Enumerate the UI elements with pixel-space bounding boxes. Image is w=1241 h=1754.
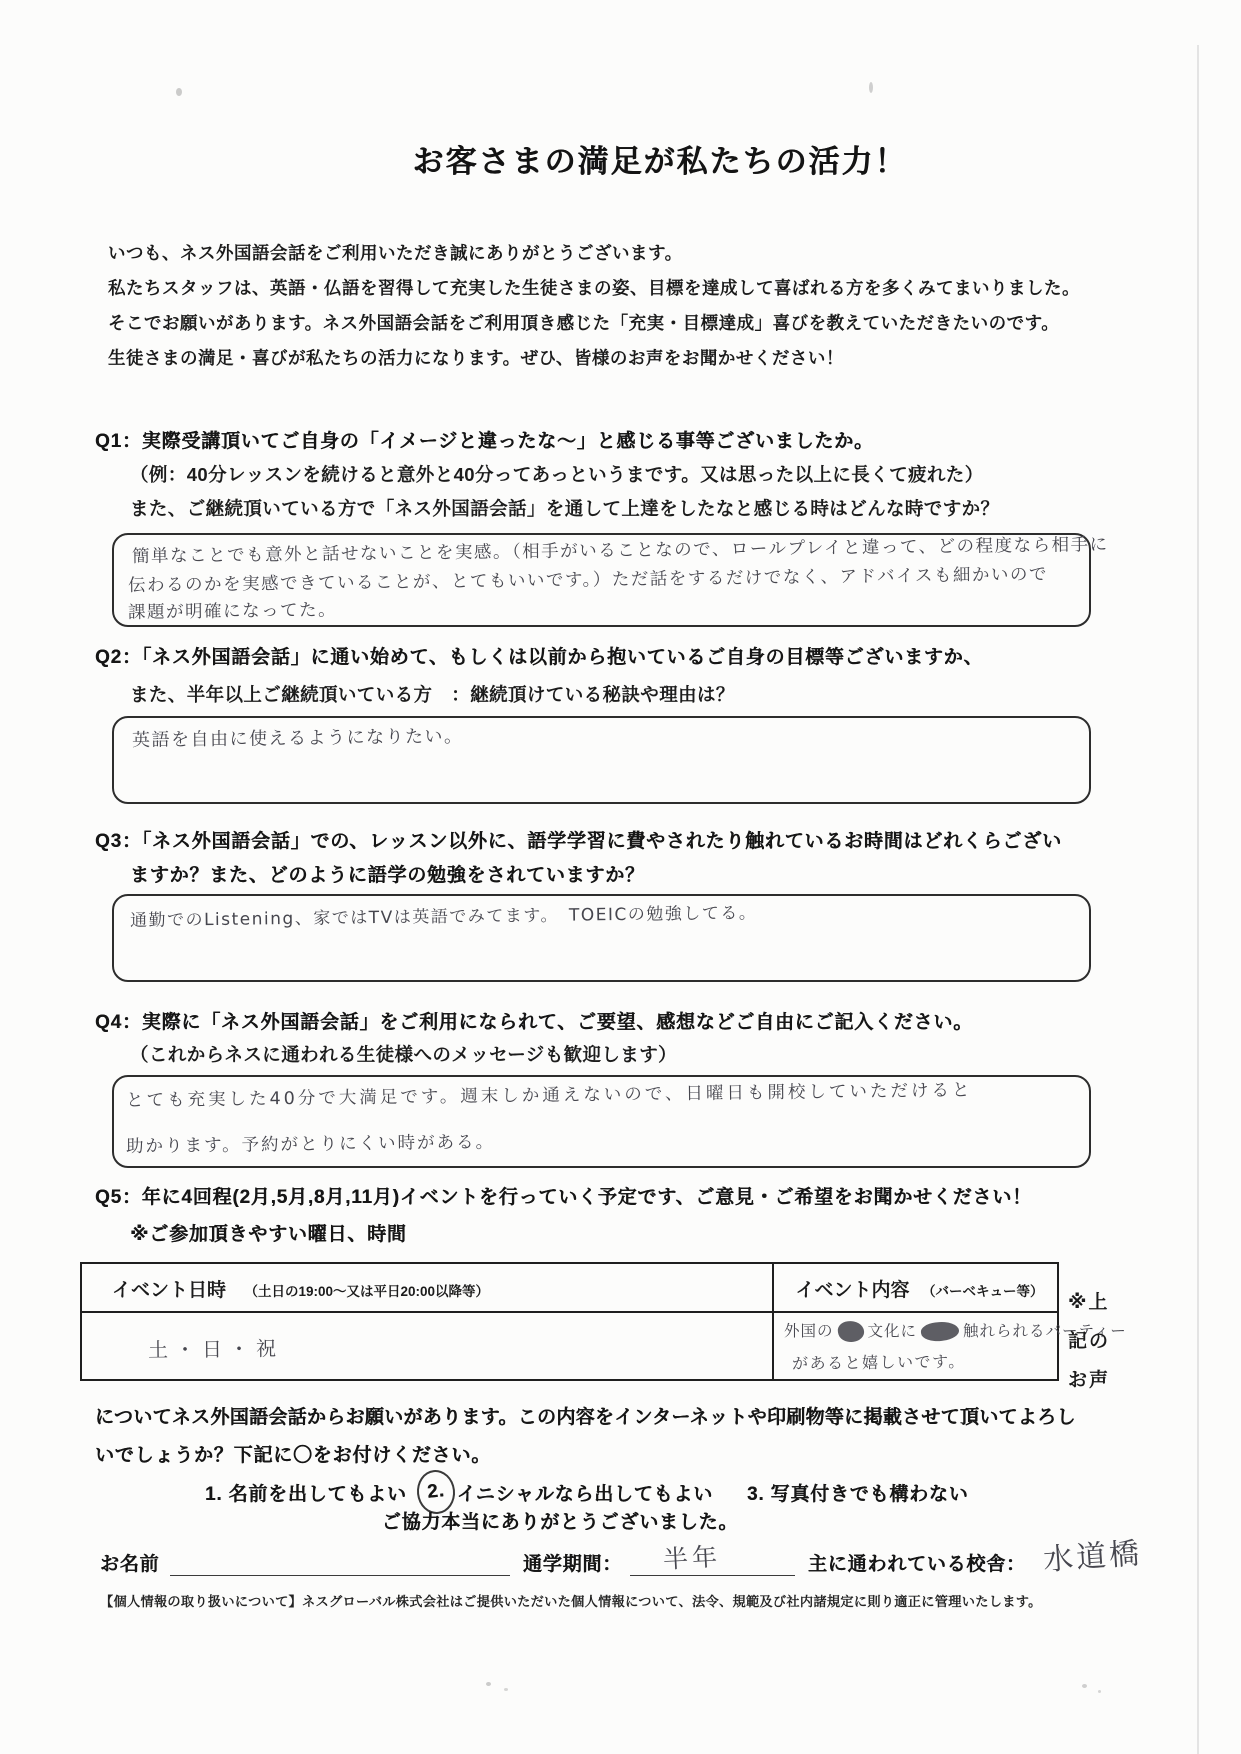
q1-example: （例：40分レッスンを続けると意外と40分ってあっというまです。又は思った以上に… [130, 461, 984, 487]
permission-option-1: 1. 名前を出してもよい [205, 1479, 407, 1506]
scribble-mark [920, 1320, 960, 1343]
school-handwritten-value: 水道橋 [1041, 1528, 1143, 1579]
q2-handwritten-answer: 英語を自由に使えるようになりたい。 [132, 722, 464, 752]
table-column-divider [772, 1264, 774, 1379]
event-date-header: イベント日時 [112, 1280, 226, 1301]
scan-edge-line [1197, 45, 1199, 1754]
privacy-note: 【個人情報の取り扱いについて】ネスグローバル株式会社はご提供いただいた個人情報に… [100, 1591, 1042, 1610]
event-content-header: イベント内容 [796, 1280, 910, 1301]
permission-option-3: 3. 写真付きでも構わない [747, 1479, 969, 1506]
permission-line1: についてネス外国語会話からお願いがあります。この内容をインターネットや印刷物等に… [95, 1402, 1076, 1429]
intro-line-3: そこでお願いがあります。ネス外国語会話をご利用頂き感じた「充実・目標達成」喜びを… [108, 310, 1059, 335]
q2-sub: また、半年以上ご継続頂いている方 ：継続頂けている秘訣や理由は？ [130, 681, 735, 707]
name-field-label: お名前 [100, 1549, 159, 1576]
q4-answer-box: とても充実した40分で大満足です。週末しか通えないので、日曜日も開校していただけ… [112, 1075, 1091, 1168]
page-title: お客さまの満足が私たちの活力！ [400, 136, 920, 181]
side-note-above-voices: ※上 記の お声 [1068, 1283, 1110, 1400]
event-date-note: （土日の19:00～又は平日20:00以降等） [244, 1284, 489, 1299]
event-date-handwritten-value: 土・日・祝 [148, 1332, 283, 1363]
q4-heading: Q4：実際に「ネス外国語会話」をご利用になられて、ご要望、感想などご自由にご記入… [95, 1007, 973, 1034]
event-date-header-cell: イベント日時 （土日の19:00～又は平日20:00以降等） [112, 1275, 489, 1302]
q1-answer-box: 簡単なことでも意外と話せないことを実感。（相手がいることなので、ロールプレイと違… [112, 533, 1091, 627]
thanks-message: ご協力本当にありがとうございました。 [0, 1507, 1120, 1534]
event-content-part1: 外国の [784, 1322, 834, 1340]
event-table: イベント日時 （土日の19:00～又は平日20:00以降等） イベント内容 （バ… [80, 1262, 1059, 1381]
scan-speck [1082, 1684, 1087, 1688]
side-note-line2: 記の [1068, 1322, 1110, 1361]
q3-handwritten-answer: 通勤でのListening、家ではTVは英語でみてます。 TOEICの勉強してる… [130, 898, 758, 931]
q4-handwritten-answer-line1: とても充実した40分で大満足です。週末しか通えないので、日曜日も開校していただけ… [126, 1077, 973, 1112]
intro-line-2: 私たちスタッフは、英語・仏語を習得して充実した生徒さまの姿、目標を達成して喜ばれ… [108, 275, 1080, 300]
name-field-underline [170, 1575, 510, 1576]
scan-speck [176, 88, 182, 96]
scanned-survey-page: お客さまの満足が私たちの活力！ いつも、ネス外国語会話をご利用いただき誠にありが… [0, 0, 1241, 1754]
event-content-header-cell: イベント内容 （バーベキュー等） [782, 1275, 1057, 1302]
q1-sub: また、ご継続頂いている方で「ネス外国語会話」を通して上達をしたなと感じる時はどん… [130, 495, 999, 521]
event-content-handwritten-line2: があると嬉しいです。 [792, 1349, 966, 1374]
q4-sub: （これからネスに通われる生徒様へのメッセージも歓迎します） [130, 1041, 677, 1067]
scan-speck [486, 1682, 491, 1686]
q3-answer-box: 通勤でのListening、家ではTVは英語でみてます。 TOEICの勉強してる… [112, 894, 1091, 982]
q1-handwritten-answer-line3: 課題が明確になってた。 [128, 596, 337, 624]
q3-heading-line2: ますか？また、どのように語学の勉強をされていますか？ [130, 860, 645, 887]
side-note-line1: ※上 [1068, 1283, 1110, 1322]
q2-heading: Q2：「ネス外国語会話」に通い始めて、もしくは以前から抱いているご自身の目標等ご… [95, 642, 983, 669]
q3-heading-line1: Q3：「ネス外国語会話」での、レッスン以外に、語学学習に費やされたり触れているお… [95, 826, 1062, 853]
table-header-divider [82, 1311, 1057, 1313]
period-field-label: 通学期間： [523, 1549, 622, 1576]
scribble-mark [836, 1320, 864, 1344]
scan-speck [869, 82, 873, 93]
period-handwritten-value: 半年 [662, 1537, 722, 1576]
event-content-part2: 文化に [868, 1322, 918, 1340]
q1-heading: Q1：実際受講頂いてご自身の「イメージと違ったな～」と感じる事等ございましたか。 [95, 426, 874, 453]
q4-handwritten-answer-line2: 助かります。予約がとりにくい時がある。 [126, 1128, 495, 1158]
intro-line-1: いつも、ネス外国語会話をご利用いただき誠にありがとうございます。 [108, 240, 683, 265]
permission-line2: いでしょうか？下記に〇をお付けください。 [95, 1440, 491, 1467]
scan-speck [1098, 1690, 1101, 1693]
q5-sub: ※ご参加頂きやすい曜日、時間 [130, 1219, 407, 1246]
q5-heading: Q5：年に4回程(2月,5月,8月,11月)イベントを行っていく予定です、ご意見… [95, 1182, 1032, 1209]
permission-option-2: イニシャルなら出してもよい [457, 1479, 713, 1506]
event-content-note: （バーベキュー等） [922, 1284, 1044, 1299]
school-field-label: 主に通われている校舎： [808, 1549, 1026, 1576]
intro-line-4: 生徒さまの満足・喜びが私たちの活力になります。ぜひ、皆様のお声をお聞かせください… [108, 345, 844, 370]
period-field-underline [630, 1575, 795, 1576]
q2-answer-box: 英語を自由に使えるようになりたい。 [112, 716, 1091, 804]
side-note-line3: お声 [1068, 1361, 1110, 1400]
scan-speck [504, 1688, 508, 1691]
